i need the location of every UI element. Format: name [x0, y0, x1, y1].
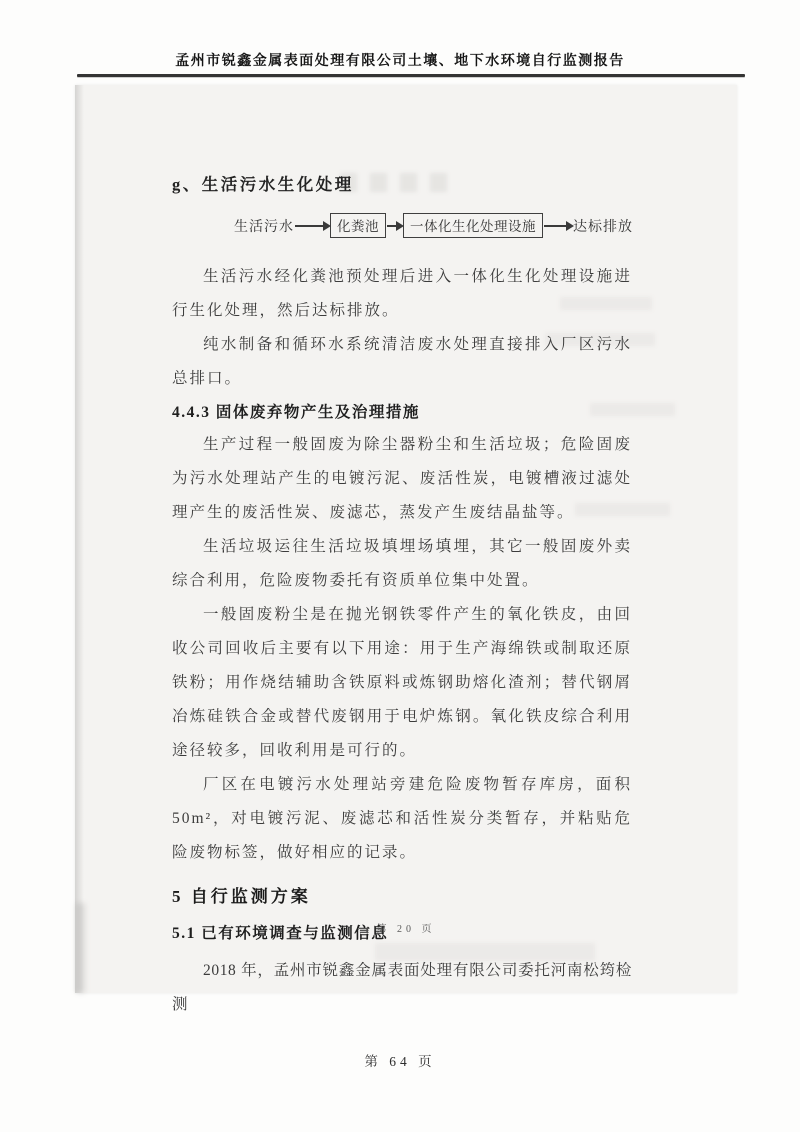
wastewater-flowchart: 生活污水 化粪池 一体化生化处理设施 达标排放 [234, 213, 632, 238]
flow-arrow-icon [387, 225, 402, 227]
header-rule [77, 74, 745, 77]
inner-page-number: 第 20 页 [75, 920, 737, 935]
paragraph-waste-disposal: 生活垃圾运往生活垃圾填埋场填埋，其它一般固废外卖综合利用，危险废物委托有资质单位… [172, 530, 632, 598]
page-content: g、生活污水生化处理 生活污水 化粪池 一体化生化处理设施 达标排放 生活污水经… [172, 171, 632, 1022]
flow-source-label: 生活污水 [234, 216, 294, 236]
flow-arrow-icon [544, 225, 572, 227]
flow-box-septic-tank: 化粪池 [330, 213, 386, 238]
paragraph-solid-waste-types: 生产过程一般固废为除尘器粉尘和生活垃圾；危险固废为污水处理站产生的电镀污泥、废活… [172, 428, 632, 530]
paragraph-hazardous-storage: 厂区在电镀污水处理站旁建危险废物暂存库房，面积 50m²，对电镀污泥、废滤芯和活… [172, 768, 632, 870]
paragraph-2018-monitoring: 2018 年，孟州市锐鑫金属表面处理有限公司委托河南松筠检测 [172, 954, 632, 1022]
report-header-title: 孟州市锐鑫金属表面处理有限公司土壤、地下水环境自行监测报告 [0, 50, 800, 70]
flow-arrow-icon [295, 225, 329, 227]
paragraph-iron-oxide-reuse: 一般固废粉尘是在抛光钢铁零件产生的氧化铁皮，由回收公司回收后主要有以下用途：用于… [172, 598, 632, 768]
section-heading-5: 5 自行监测方案 [172, 882, 632, 912]
scanned-page: g、生活污水生化处理 生活污水 化粪池 一体化生化处理设施 达标排放 生活污水经… [75, 85, 737, 993]
section-heading-443: 4.4.3 固体废弃物产生及治理措施 [172, 398, 632, 428]
paragraph-pure-water: 纯水制备和循环水系统清洁废水处理直接排入厂区污水总排口。 [172, 328, 632, 396]
paragraph-sewage-treatment: 生活污水经化粪池预处理后进入一体化生化处理设施进行生化处理，然后达标排放。 [172, 260, 632, 328]
page-number: 第 64 页 [0, 1050, 800, 1070]
section-heading-g: g、生活污水生化处理 [172, 171, 632, 195]
flow-box-bio-treatment: 一体化生化处理设施 [403, 213, 543, 238]
flow-result-label: 达标排放 [573, 216, 633, 236]
